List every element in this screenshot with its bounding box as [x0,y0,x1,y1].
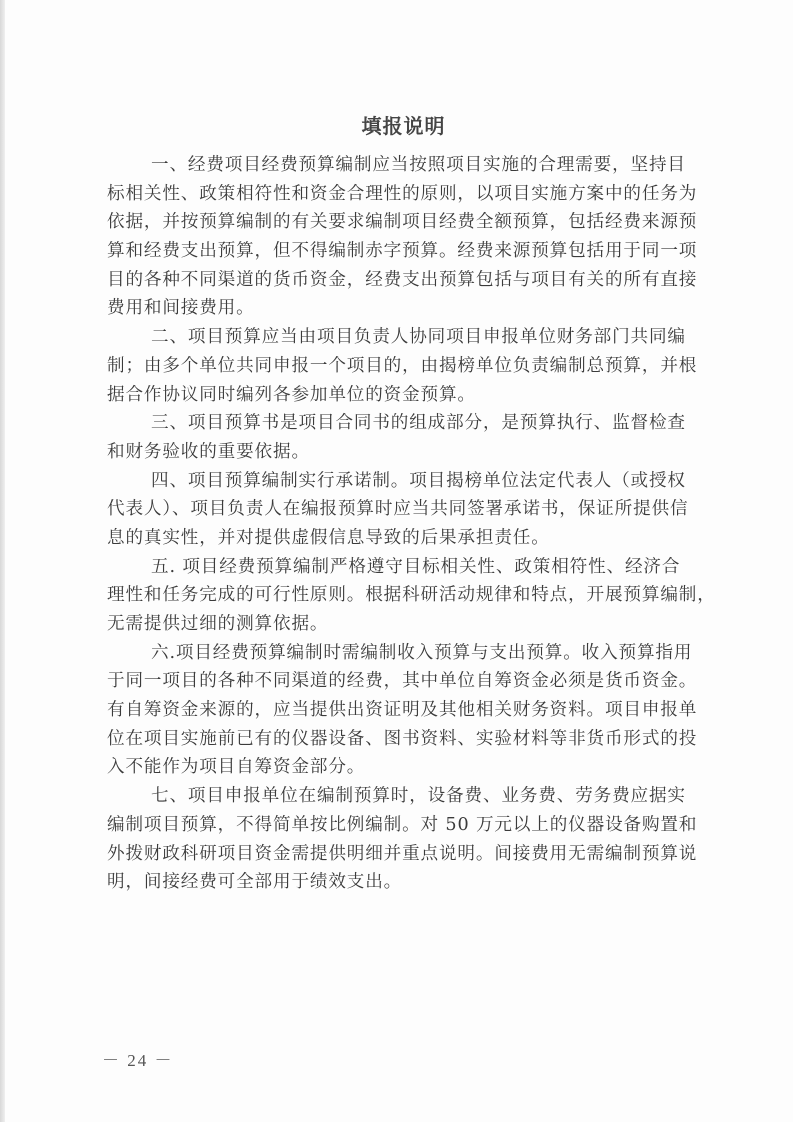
text-line: 目的各种不同渠道的货币资金，经费支出预算包括与项目有关的所有直接 [107,266,689,295]
text-line: 有自筹资金来源的，应当提供出资证明及其他相关财务资料。项目申报单 [107,696,689,725]
text-line: 三、项目预算书是项目合同书的组成部分，是预算执行、监督检查 [107,409,689,438]
text-line: 明，间接经费可全部用于绩效支出。 [107,868,689,897]
scan-edge-shadow [0,0,5,1122]
text-line: 无需提供过细的测算依据。 [107,610,689,639]
page-number: － 24 － [102,1046,174,1071]
text-line: 一、经费项目经费预算编制应当按照项目实施的合理需要，坚持目 [107,151,689,180]
text-line: 入不能作为项目自筹资金部分。 [107,753,689,782]
paragraph-7: 七、项目申报单位在编制预算时，设备费、业务费、劳务费应据实 编制项目预算，不得简… [107,782,689,897]
paragraph-5: 五. 项目经费预算编制严格遵守目标相关性、政策相符性、经济合 理性和任务完成的可… [107,553,689,639]
text-line: 代表人）、项目负责人在编报预算时应当共同签署承诺书，保证所提供信 [107,495,689,524]
paragraph-1: 一、经费项目经费预算编制应当按照项目实施的合理需要，坚持目 标相关性、政策相符性… [107,151,689,323]
text-line: 费用和间接费用。 [107,294,689,323]
text-line: 六.项目经费预算编制时需编制收入预算与支出预算。收入预算指用 [107,639,689,668]
text-line: 理性和任务完成的可行性原则。根据科研活动规律和特点，开展预算编制， [107,581,689,610]
paragraph-4: 四、项目预算编制实行承诺制。项目揭榜单位法定代表人（或授权 代表人）、项目负责人… [107,467,689,553]
page-title: 填报说明 [0,110,793,139]
document-body: 一、经费项目经费预算编制应当按照项目实施的合理需要，坚持目 标相关性、政策相符性… [107,151,689,897]
text-line: 二、项目预算应当由项目负责人协同项目申报单位财务部门共同编 [107,323,689,352]
text-line: 制；由多个单位共同申报一个项目的，由揭榜单位负责编制总预算，并根 [107,352,689,381]
text-line: 五. 项目经费预算编制严格遵守目标相关性、政策相符性、经济合 [107,553,689,582]
text-line: 标相关性、政策相符性和资金合理性的原则，以项目实施方案中的任务为 [107,180,689,209]
text-line: 外拨财政科研项目资金需提供明细并重点说明。间接费用无需编制预算说 [107,840,689,869]
text-line: 编制项目预算，不得简单按比例编制。对 50 万元以上的仪器设备购置和 [107,811,689,840]
paragraph-3: 三、项目预算书是项目合同书的组成部分，是预算执行、监督检查 和财务验收的重要依据… [107,409,689,466]
text-line: 据合作协议同时编列各参加单位的资金预算。 [107,381,689,410]
text-line: 七、项目申报单位在编制预算时，设备费、业务费、劳务费应据实 [107,782,689,811]
text-line: 息的真实性，并对提供虚假信息导致的后果承担责任。 [107,524,689,553]
text-line: 位在项目实施前已有的仪器设备、图书资料、实验材料等非货币形式的投 [107,725,689,754]
text-line: 依据，并按预算编制的有关要求编制项目经费全额预算，包括经费来源预 [107,208,689,237]
paragraph-2: 二、项目预算应当由项目负责人协同项目申报单位财务部门共同编 制；由多个单位共同申… [107,323,689,409]
paragraph-6: 六.项目经费预算编制时需编制收入预算与支出预算。收入预算指用 于同一项目的各种不… [107,639,689,782]
text-line: 四、项目预算编制实行承诺制。项目揭榜单位法定代表人（或授权 [107,467,689,496]
text-line: 于同一项目的各种不同渠道的经费，其中单位自筹资金必须是货币资金。 [107,667,689,696]
text-line: 算和经费支出预算，但不得编制赤字预算。经费来源预算包括用于同一项 [107,237,689,266]
text-line: 和财务验收的重要依据。 [107,438,689,467]
